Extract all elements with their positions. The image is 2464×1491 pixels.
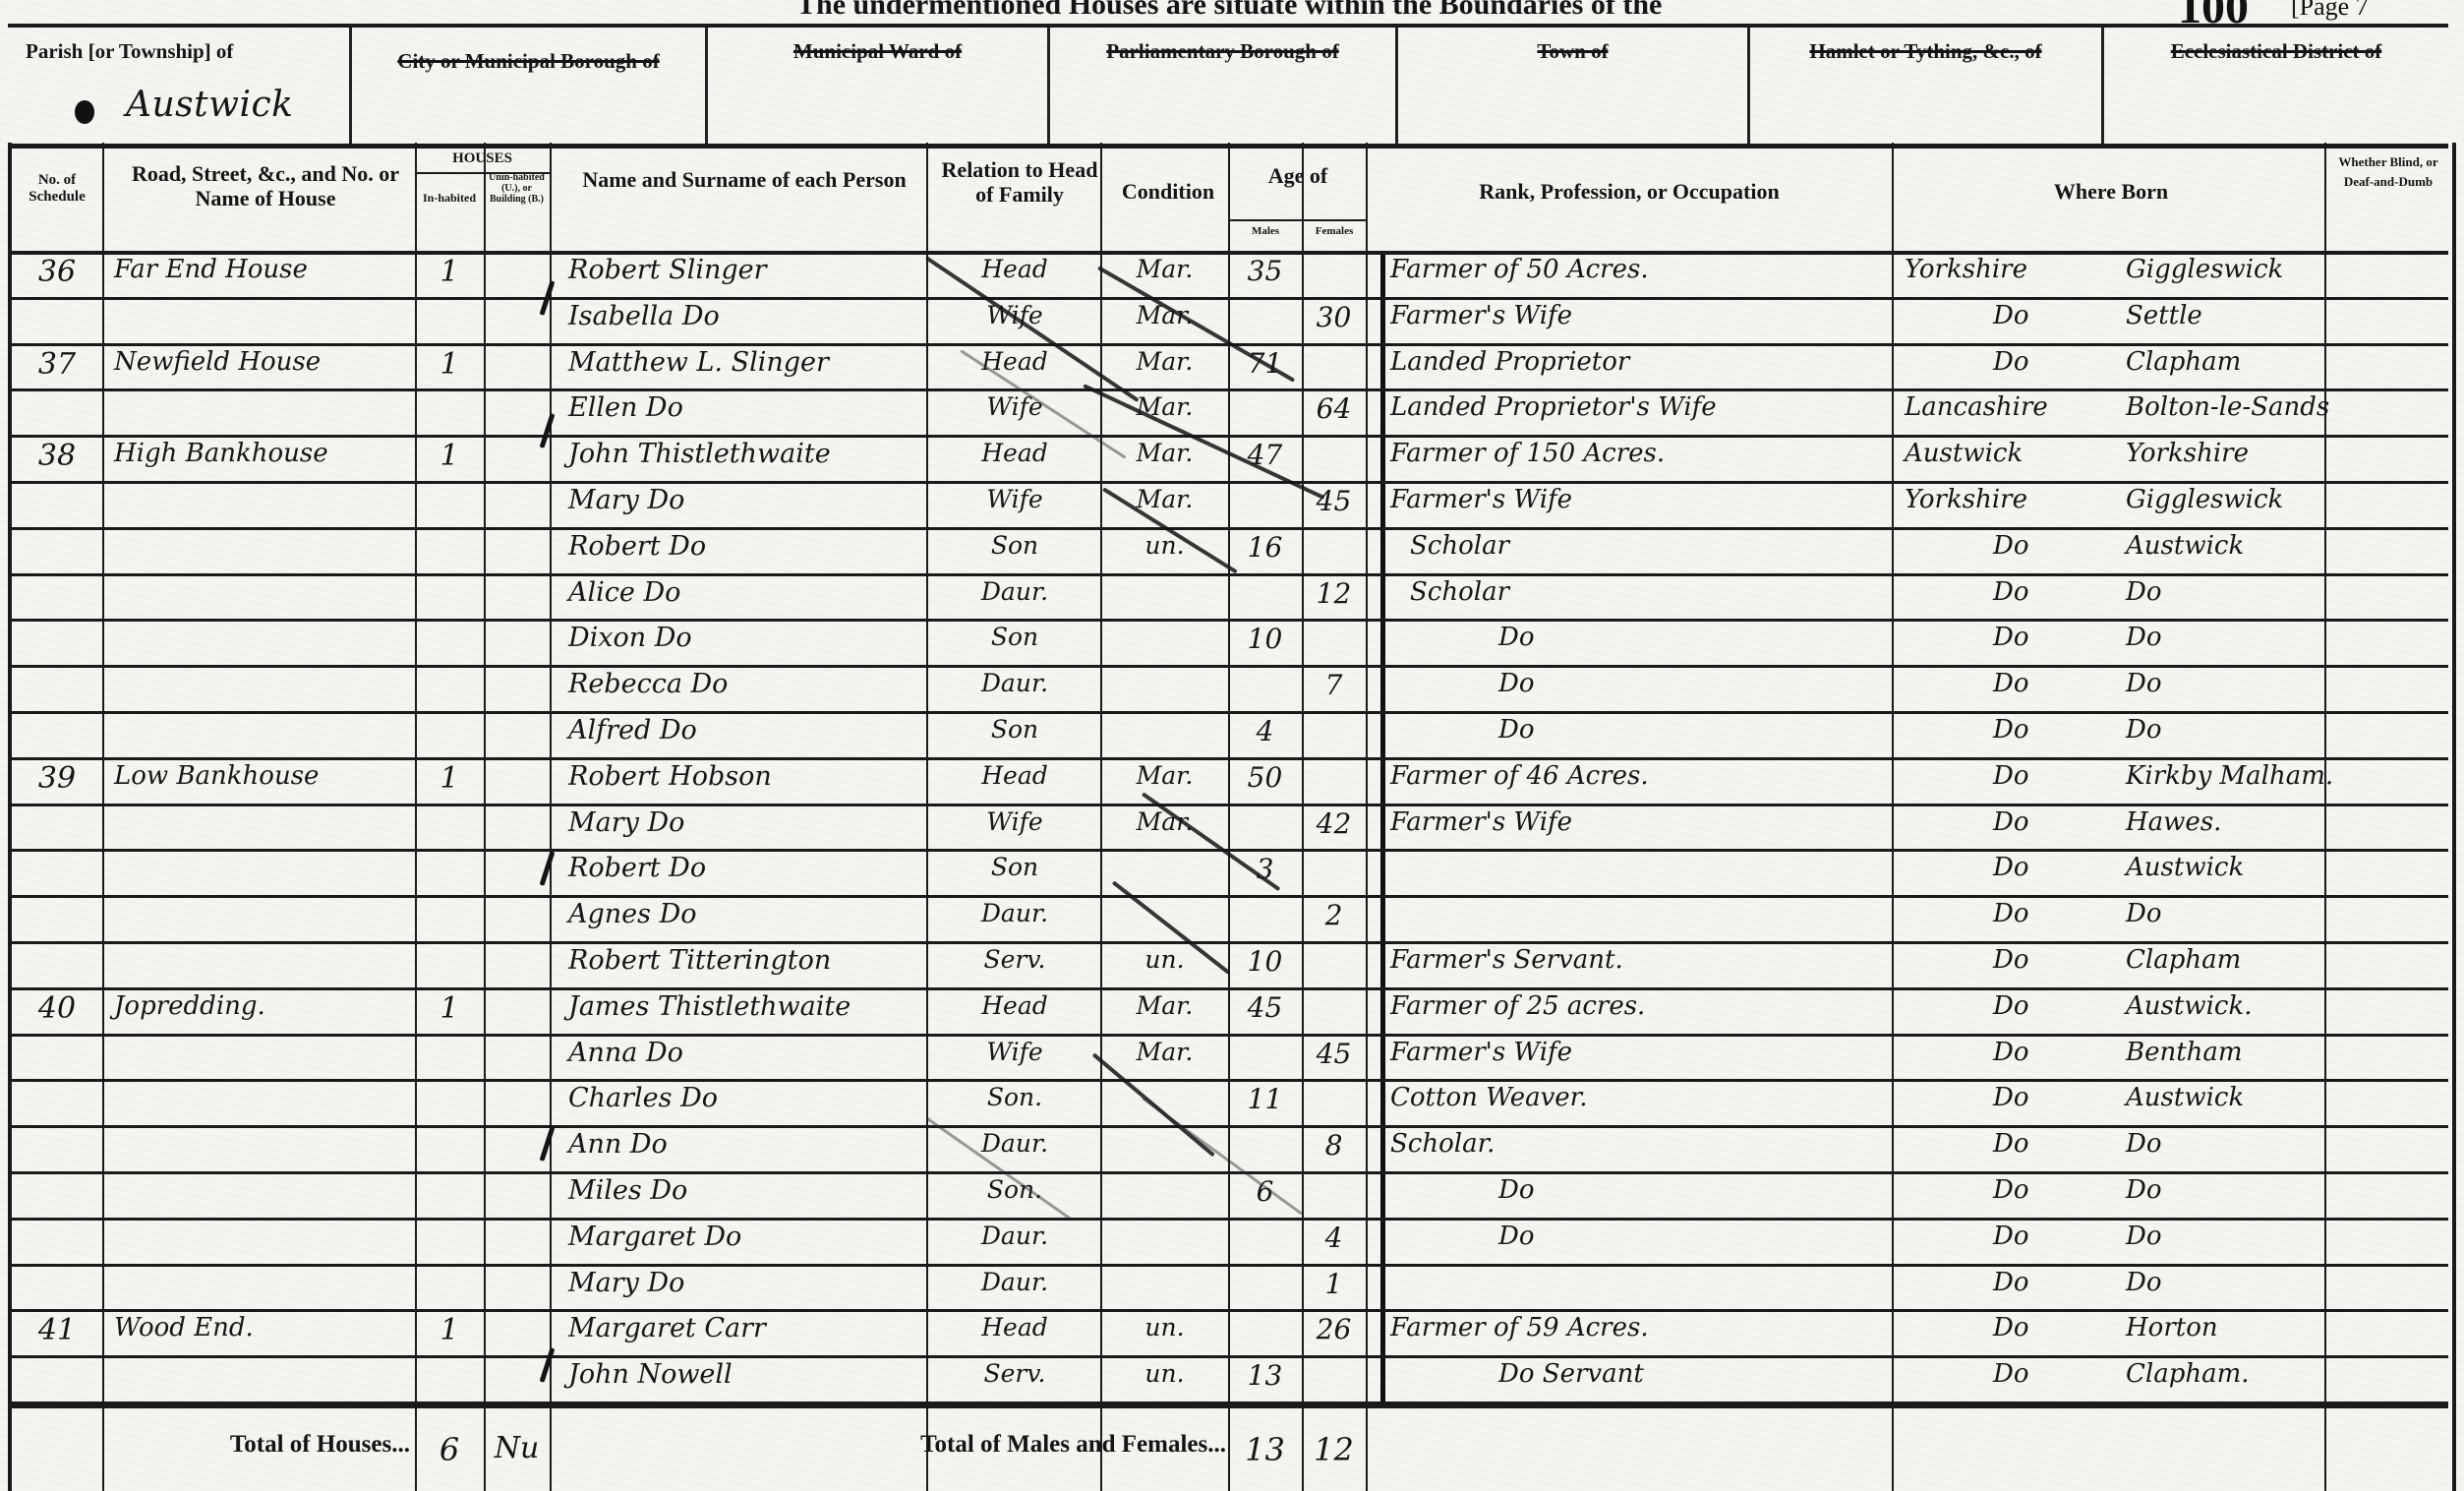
occupation: Landed Proprietor's Wife [1390,392,1882,422]
person-name: Ellen Do [568,392,922,423]
person-name: James Thistlethwaite [568,991,922,1022]
age-male: 16 [1228,531,1302,564]
condition: Mar. [1103,392,1226,421]
person-name: John Thistlethwaite [568,439,922,469]
relation: Wife [936,1038,1093,1066]
table-row: 41Wood End.1Margaret CarrHeadun.26Farmer… [12,1309,2448,1355]
condition: Mar. [1103,761,1226,790]
table-row: Alice DoDaur.12ScholarDoDo [12,573,2448,620]
age-male: 50 [1228,761,1302,794]
relation: Daur. [936,899,1093,927]
born-place: Bolton-le-Sands [2126,392,2332,422]
born-place: Hawes. [2126,807,2332,837]
person-name: Robert Hobson [568,761,922,792]
person-name: Mary Do [568,807,922,838]
boundary-label: Ecclesiastical District of [2104,39,2448,64]
header-uninhabited: Unin-habited (U.), or Building (B.) [484,172,550,206]
relation: Daur. [936,577,1093,606]
born-county: Lancashire [1905,392,2121,422]
born-place: Kirkby Malham. [2126,761,2332,791]
boundary-town: Town of [1398,28,1750,144]
table-row: 38High Bankhouse1John ThistlethwaiteHead… [12,435,2448,481]
table-row: Ellen DoWifeMar.64Landed Proprietor's Wi… [12,388,2448,435]
age-male: 45 [1228,991,1302,1024]
person-name: Miles Do [568,1175,922,1206]
relation: Head [936,439,1093,467]
relation: Head [936,991,1093,1020]
relation: Daur. [936,1268,1093,1296]
relation: Daur. [936,669,1093,697]
occupation: Do [1498,1222,1990,1251]
house-name: Jopredding. [114,991,409,1021]
person-name: Mary Do [568,1268,922,1298]
boundary-header: Parish [or Township] of Austwick City or… [8,24,2448,149]
relation: Wife [936,807,1093,836]
header-blind: Whether Blind, or Deaf-and-Dumb [2330,152,2446,191]
table-row: Dixon DoSon10DoDoDo [12,619,2448,665]
occupation: Do [1498,623,1990,652]
relation: Head [936,1313,1093,1342]
relation: Wife [936,485,1093,513]
boundary-hamlet: Hamlet or Tything, &c., of [1750,28,2104,144]
age-male: 13 [1228,1359,1302,1392]
occupation: Scholar [1410,531,1902,561]
age-male: 11 [1228,1083,1302,1115]
age-female: 45 [1302,1038,1366,1070]
age-male: 4 [1228,715,1302,747]
relation: Serv. [936,1359,1093,1388]
age-female: 64 [1302,392,1366,425]
age-male: 6 [1228,1175,1302,1208]
born-county: Yorkshire [1905,485,2121,514]
parish-value: Austwick [126,85,293,125]
boundary-label: Parish [or Township] of [26,39,349,64]
schedule-number: 36 [18,255,96,289]
occupation: Landed Proprietor [1390,347,1882,377]
header-schedule: No. of Schedule [14,172,100,206]
table-row: Anna DoWifeMar.45Farmer's WifeDoBentham [12,1034,2448,1080]
occupation: Do [1498,669,1990,698]
header-name: Name and Surname of each Person [562,168,926,193]
table-row: Robert TitteringtonServ.un.10Farmer's Se… [12,941,2448,987]
person-name: Isabella Do [568,301,922,331]
born-place: Yorkshire [2126,439,2332,468]
born-place: Austwick. [2126,991,2332,1021]
table-row: Ann DoDaur.8Scholar.DoDo [12,1125,2448,1171]
relation: Serv. [936,945,1093,974]
person-name: Charles Do [568,1083,922,1113]
total-houses-label: Total of Houses... [159,1431,410,1459]
houses-inhabited: 1 [415,991,484,1026]
boundary-label: Municipal Ward of [708,39,1047,64]
table-row: Agnes DoDaur.2DoDo [12,895,2448,941]
condition: Mar. [1103,991,1226,1020]
boundary-label: Town of [1398,39,1747,64]
schedule-number: 40 [18,991,96,1026]
houses-inhabited: 1 [415,347,484,382]
table-row: Mary DoWifeMar.45Farmer's WifeYorkshireG… [12,481,2448,527]
age-female: 30 [1302,301,1366,333]
relation: Son. [936,1083,1093,1111]
table-row: Miles DoSon.6DoDoDo [12,1171,2448,1218]
house-name: Low Bankhouse [114,761,409,791]
born-place: Horton [2126,1313,2332,1342]
table-row: 39Low Bankhouse1Robert HobsonHeadMar.50F… [12,757,2448,804]
header-houses: HOUSES [415,150,550,167]
born-place: Giggleswick [2126,485,2332,514]
condition: un. [1103,1313,1226,1342]
occupation: Farmer's Wife [1390,807,1882,837]
person-name: Robert Titterington [568,945,922,976]
boundary-label: Hamlet or Tything, &c., of [1750,39,2101,64]
header-females: Females [1302,225,1367,237]
house-name: Far End House [114,255,409,284]
age-male: 10 [1228,945,1302,978]
occupation: Farmer of 150 Acres. [1390,439,1882,468]
total-houses-inhabited: 6 [415,1431,484,1468]
person-name: John Nowell [568,1359,922,1390]
occupation: Farmer's Wife [1390,485,1882,514]
born-county: Austwick [1905,439,2121,468]
occupation: Farmer of 25 acres. [1390,991,1882,1021]
header-road: Road, Street, &c., and No. or Name of Ho… [118,162,413,210]
table-row: Rebecca DoDaur.7DoDoDo [12,665,2448,711]
table-row: Mary DoWifeMar.42Farmer's WifeDoHawes. [12,804,2448,850]
schedule-number: 37 [18,347,96,382]
occupation: Farmer of 46 Acres. [1390,761,1882,791]
table-row: Isabella DoWifeMar.30Farmer's WifeDoSett… [12,297,2448,343]
age-female: 12 [1302,577,1366,610]
person-name: Agnes Do [568,899,922,929]
occupation: Farmer's Servant. [1390,945,1882,975]
condition: Mar. [1103,1038,1226,1066]
born-place: Do [2126,669,2332,698]
table-row: 36Far End House1Robert SlingerHeadMar.35… [12,251,2448,297]
occupation: Do [1498,715,1990,745]
person-name: Robert Do [568,531,922,562]
born-place: Clapham [2126,347,2332,377]
age-male: 10 [1228,623,1302,655]
totals-rule [12,1403,2448,1408]
occupation: Scholar. [1390,1129,1882,1159]
house-name: Wood End. [114,1313,409,1342]
header-inhabited: In-habited [417,192,482,205]
boundary-parliamentary: Parliamentary Borough of [1050,28,1398,144]
total-males: 13 [1228,1431,1302,1468]
person-name: Robert Do [568,853,922,883]
table-row: Alfred DoSon4DoDoDo [12,711,2448,757]
person-name: Margaret Do [568,1222,922,1252]
born-place: Austwick [2126,531,2332,561]
occupation: Cotton Weaver. [1390,1083,1882,1112]
page-top-title: The undermentioned Houses are situate wi… [796,0,1662,22]
houses-inhabited: 1 [415,439,484,473]
house-name: High Bankhouse [114,439,409,468]
born-county: Yorkshire [1905,255,2121,284]
boundary-ecclesiastical: Ecclesiastical District of [2104,28,2448,144]
relation: Wife [936,392,1093,421]
occupation: Scholar [1410,577,1902,607]
table-row: Mary DoDaur.1DoDo [12,1264,2448,1310]
census-page: The undermentioned Houses are situate wi… [0,0,2464,1491]
born-place: Do [2126,1222,2332,1251]
age-female: 42 [1302,807,1366,840]
header-relation: Relation to Head of Family [936,158,1103,207]
born-place: Clapham. [2126,1359,2332,1389]
person-name: Margaret Carr [568,1313,922,1343]
header-condition: Condition [1105,180,1231,205]
house-name: Newfield House [114,347,409,377]
houses-inhabited: 1 [415,1313,484,1347]
born-place: Bentham [2126,1038,2332,1067]
table-row: 40Jopredding.1James ThistlethwaiteHeadMa… [12,987,2448,1034]
born-place: Clapham [2126,945,2332,975]
condition: Mar. [1103,347,1226,376]
occupation: Do Servant [1498,1359,1990,1389]
person-name: Rebecca Do [568,669,922,699]
person-name: Alfred Do [568,715,922,745]
occupation: Farmer's Wife [1390,1038,1882,1067]
born-place: Settle [2126,301,2332,330]
table-row: 37Newfield House1Matthew L. SlingerHeadM… [12,343,2448,389]
schedule-number: 38 [18,439,96,473]
header-where-born: Where Born [1895,180,2327,205]
person-name: Ann Do [568,1129,922,1160]
born-place: Do [2126,623,2332,652]
header-males: Males [1231,225,1300,237]
age-female: 8 [1302,1129,1366,1162]
born-place: Do [2126,1175,2332,1205]
age-female: 1 [1302,1268,1366,1300]
person-name: Anna Do [568,1038,922,1068]
header-age: Age of [1231,164,1365,189]
person-name: Dixon Do [568,623,922,653]
total-persons-label: Total of Males and Females... [877,1431,1226,1459]
age-female: 26 [1302,1313,1366,1345]
boundary-label: City or Municipal Borough of [352,49,705,74]
relation: Son [936,623,1093,651]
relation: Head [936,761,1093,790]
relation: Son [936,531,1093,560]
ink-blot [75,100,94,124]
age-subrule [1228,219,1366,221]
age-female: 7 [1302,669,1366,701]
age-male: 35 [1228,255,1302,287]
houses-inhabited: 1 [415,255,484,289]
born-place: Austwick [2126,853,2332,882]
age-female: 2 [1302,899,1366,931]
boundary-borough: City or Municipal Borough of [352,28,708,144]
houses-inhabited: 1 [415,761,484,796]
relation: Daur. [936,1222,1093,1250]
born-place: Do [2126,1129,2332,1159]
born-place: Do [2126,899,2332,928]
occupation: Farmer's Wife [1390,301,1882,330]
schedule-number: 41 [18,1313,96,1347]
born-place: Do [2126,715,2332,745]
total-females: 12 [1302,1431,1366,1468]
table-row: John NowellServ.un.13Do ServantDoClapham… [12,1355,2448,1402]
header-occupation: Rank, Profession, or Occupation [1369,180,1890,205]
boundary-label: Parliamentary Borough of [1050,39,1395,64]
person-name: Alice Do [568,577,922,608]
occupation: Farmer of 50 Acres. [1390,255,1882,284]
total-houses-uninhabited: Nu [484,1431,550,1465]
occupation: Do [1498,1175,1990,1205]
person-name: Robert Slinger [568,255,922,285]
table-row: Margaret DoDaur.4DoDoDo [12,1218,2448,1264]
relation: Son [936,715,1093,744]
census-table: No. of Schedule Road, Street, &c., and N… [8,143,2456,1491]
boundary-ward: Municipal Ward of [708,28,1050,144]
person-name: Matthew L. Slinger [568,347,922,378]
person-name: Mary Do [568,485,922,515]
page-label: [Page 7 [2291,0,2369,22]
boundary-parish: Parish [or Township] of Austwick [8,28,352,144]
age-female: 4 [1302,1222,1366,1254]
born-place: Do [2126,577,2332,607]
occupation: Farmer of 59 Acres. [1390,1313,1882,1342]
born-place: Giggleswick [2126,255,2332,284]
born-place: Austwick [2126,1083,2332,1112]
schedule-number: 39 [18,761,96,796]
table-row: Charles DoSon.11Cotton Weaver.DoAustwick [12,1079,2448,1125]
relation: Son [936,853,1093,881]
condition: un. [1103,1359,1226,1388]
houses-subrule [415,172,550,174]
born-place: Do [2126,1268,2332,1297]
